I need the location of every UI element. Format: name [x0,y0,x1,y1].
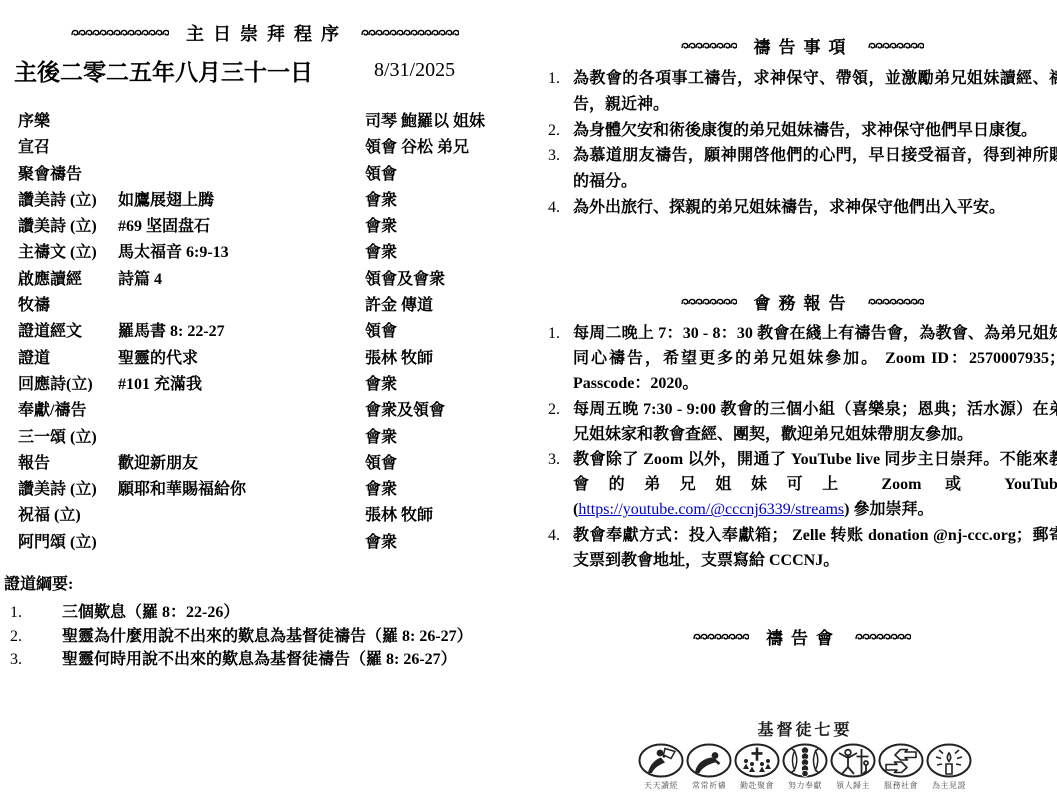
program-label: 祝福 (立) [18,503,118,529]
program-row: 奉獻/禱告會衆及領會 [0,398,540,424]
item-text-post: ) 參加崇拜。 [844,501,933,518]
item-number: 4. [548,195,573,221]
program-person: 許金 傳道 [365,293,540,319]
program-item-title [118,425,365,451]
program-label: 讚美詩 (立) [18,188,118,214]
item-number: 2. [548,397,573,447]
program-item-title [118,530,365,556]
scroll-ornament-icon [855,632,911,642]
outline-number: 2. [0,625,62,649]
program-person: 領會 [365,162,540,188]
program-label: 讚美詩 (立) [18,214,118,240]
outline-item: 3.聖靈何時用說不出來的歎息為基督徒禱告（羅 8: 26-27） [0,648,540,672]
program-row: 主禱文 (立)馬太福音 6:9-13會衆 [0,240,540,266]
sermon-outline-heading: 證道綱要: [4,571,73,594]
program-label: 聚會禱告 [18,162,118,188]
outline-item: 2.聖靈為什麼用說不出來的歎息為基督徒禱告（羅 8: 26-27） [0,625,540,649]
program-item-title [118,398,365,424]
logo-icons-row: 天天讀經 常常祈禱 [638,743,972,791]
prayer-item: 2.為身體欠安和術後康復的弟兄姐妹禱告，求神保守他們早日康復。 [548,118,1057,144]
program-label: 主禱文 (立) [18,240,118,266]
program-person: 張林 牧師 [365,346,540,372]
announcement-item: 4.教會奉獻方式：投入奉獻箱； Zelle 转账 donation @nj-cc… [548,523,1057,573]
item-number: 1. [548,66,573,118]
serve-society-icon: 服務社會 [878,743,924,791]
program-person: 領會 [365,451,540,477]
item-text: 為慕道朋友禱告，願神開啓他們的心門，早日接受福音，得到神所賜的福分。 [573,143,1057,195]
program-label: 宣召 [18,135,118,161]
outline-number: 1. [0,601,62,625]
program-row: 讚美詩 (立)願耶和華賜福給你會衆 [0,477,540,503]
program-item-title: #101 充滿我 [118,372,365,398]
program-person: 會衆 [365,214,540,240]
program-label: 讚美詩 (立) [18,477,118,503]
program-item-title: 願耶和華賜福給你 [118,477,365,503]
scroll-ornament-icon [693,632,749,642]
program-row: 阿門頌 (立)會衆 [0,530,540,556]
program-item-title: 詩篇 4 [118,267,365,293]
item-text: 每周五晚 7:30 - 9:00 教會的三個小組（喜樂泉；恩典；活水源）在弟兄姐… [573,397,1057,447]
program-row: 讚美詩 (立)如鷹展翅上腾會衆 [0,188,540,214]
scroll-ornament-icon [868,41,924,51]
announcement-item: 2.每周五晚 7:30 - 9:00 教會的三個小組（喜樂泉；恩典；活水源）在弟… [548,397,1057,447]
program-person: 領會 [365,319,540,345]
outline-text: 聖靈何時用說不出來的歎息為基督徒禱告（羅 8: 26-27） [62,648,457,672]
worship-program-table: 序樂司琴 鮑羅以 姐妹 宣召領會 谷松 弟兄 聚會禱告領會 讚美詩 (立)如鷹展… [0,109,540,556]
program-person: 司琴 鮑羅以 姐妹 [365,109,540,135]
program-item-title: 聖靈的代求 [118,346,365,372]
item-text: 每周二晚上 7：30 - 8：30 教會在綫上有禱告會，為教會、為弟兄姐妹同心禱… [573,321,1057,397]
icon-label: 領人歸主 [830,780,876,791]
logo-title: 基督徒七要 [638,717,972,740]
program-item-title: 羅馬書 8: 22-27 [118,319,365,345]
program-row: 讚美詩 (立)#69 坚固盘石會衆 [0,214,540,240]
program-item-title: #69 坚固盘石 [118,214,365,240]
item-number: 3. [548,447,573,523]
announcement-item: 3.教會除了 Zoom 以外，開通了 YouTube live 同步主日崇拜。不… [548,447,1057,523]
prayer-item: 4.為外出旅行、探親的弟兄姐妹禱告，求神保守他們出入平安。 [548,195,1057,221]
item-number: 1. [548,321,573,397]
program-row: 啟應讀經詩篇 4領會及會衆 [0,267,540,293]
program-item-title [118,503,365,529]
sermon-outline-list: 1.三個歎息（羅 8：22-26） 2.聖靈為什麼用說不出來的歎息為基督徒禱告（… [0,601,540,672]
prayer-items-header: 禱告事項 [537,33,1057,58]
program-item-title: 如鷹展翅上腾 [118,188,365,214]
program-item-title [118,293,365,319]
attend-meeting-icon: 勤赴聚會 [734,743,780,791]
section-title: 會務報告 [751,289,854,314]
program-label: 牧禱 [18,293,118,319]
page-title: 主日崇拜程序 [182,20,348,46]
program-label: 三一頌 (立) [18,425,118,451]
item-text: 教會除了 Zoom 以外，開通了 YouTube live 同步主日崇拜。不能來… [573,447,1057,523]
outline-text: 三個歎息（羅 8：22-26） [62,601,239,625]
program-row: 牧禱許金 傳道 [0,293,540,319]
program-label: 奉獻/禱告 [18,398,118,424]
program-row: 聚會禱告領會 [0,162,540,188]
date-chinese: 主後二零二五年八月三十一日 [14,54,313,87]
program-row: 報告歡迎新朋友領會 [0,451,540,477]
scroll-ornament-icon [681,297,737,307]
program-label: 報告 [18,451,118,477]
scroll-ornament-icon [868,297,924,307]
youtube-stream-link[interactable]: https://youtube.com/@cccnj6339/streams [578,501,844,518]
scroll-ornament-icon [361,28,459,38]
witness-icon: 為主見證 [926,743,972,791]
item-text: 為教會的各項事工禱告，求神保守、帶領，並激勵弟兄姐妹讀經、禱告，親近神。 [573,66,1057,118]
program-row: 證道聖靈的代求張林 牧師 [0,346,540,372]
date-numeric: 8/31/2025 [374,59,455,82]
item-number: 4. [548,523,573,573]
announcements-header: 會務報告 [537,289,1057,314]
prayer-meeting-header: 禱告會 [537,624,1057,649]
icon-label: 常常祈禱 [686,780,732,791]
program-row: 祝福 (立)張林 牧師 [0,503,540,529]
program-person: 領會 谷松 弟兄 [365,135,540,161]
item-text: 為身體欠安和術後康復的弟兄姐妹禱告，求神保守他們早日康復。 [573,118,1057,144]
item-text: 為外出旅行、探親的弟兄姐妹禱告，求神保守他們出入平安。 [573,195,1057,221]
program-label: 啟應讀經 [18,267,118,293]
program-person: 會衆 [365,372,540,398]
section-title: 禱告會 [763,624,841,649]
program-person: 張林 牧師 [365,503,540,529]
program-person: 會衆 [365,477,540,503]
item-number: 3. [548,143,573,195]
program-item-title: 歡迎新朋友 [118,451,365,477]
prayer-items-list: 1.為教會的各項事工禱告，求神保守、帶領，並激勵弟兄姐妹讀經、禱告，親近神。 2… [548,66,1057,221]
program-person: 領會及會衆 [365,267,540,293]
scroll-ornament-icon [681,41,737,51]
icon-label: 勤赴聚會 [734,780,780,791]
program-item-title [118,162,365,188]
announcement-item: 1.每周二晚上 7：30 - 8：30 教會在綫上有禱告會，為教會、為弟兄姐妹同… [548,321,1057,397]
prayer-item: 1.為教會的各項事工禱告，求神保守、帶領，並激勵弟兄姐妹讀經、禱告，親近神。 [548,66,1057,118]
prayer-item: 3.為慕道朋友禱告，願神開啓他們的心門，早日接受福音，得到神所賜的福分。 [548,143,1057,195]
program-label: 阿門頌 (立) [18,530,118,556]
outline-number: 3. [0,648,62,672]
program-person: 會衆 [365,530,540,556]
program-item-title [118,135,365,161]
program-item-title: 馬太福音 6:9-13 [118,240,365,266]
program-item-title [118,109,365,135]
announcements-list: 1.每周二晚上 7：30 - 8：30 教會在綫上有禱告會，為教會、為弟兄姐妹同… [548,321,1057,573]
program-row: 回應詩(立)#101 充滿我會衆 [0,372,540,398]
section-title: 禱告事項 [751,33,854,58]
program-person: 會衆及領會 [365,398,540,424]
offering-icon: 努力奉獻 [782,743,828,791]
program-row: 證道經文羅馬書 8: 22-27領會 [0,319,540,345]
program-label: 序樂 [18,109,118,135]
icon-label: 天天讀經 [638,780,684,791]
program-person: 會衆 [365,425,540,451]
bulletin-page: 主日崇拜程序 主後二零二五年八月三十一日 8/31/2025 序樂司琴 鮑羅以 … [0,0,1057,792]
read-bible-icon: 天天讀經 [638,743,684,791]
icon-label: 為主見證 [926,780,972,791]
program-person: 會衆 [365,188,540,214]
program-label: 證道 [18,346,118,372]
pray-icon: 常常祈禱 [686,743,732,791]
item-number: 2. [548,118,573,144]
lead-to-lord-icon: 領人歸主 [830,743,876,791]
program-label: 回應詩(立) [18,372,118,398]
program-label: 證道經文 [18,319,118,345]
program-row: 宣召領會 谷松 弟兄 [0,135,540,161]
program-person: 會衆 [365,240,540,266]
item-text: 教會奉獻方式：投入奉獻箱； Zelle 转账 donation @nj-ccc.… [573,523,1057,573]
scroll-ornament-icon [71,28,169,38]
icon-label: 服務社會 [878,780,924,791]
icon-label: 努力奉獻 [782,780,828,791]
main-title-row: 主日崇拜程序 [0,20,530,46]
outline-text: 聖靈為什麼用說不出來的歎息為基督徒禱告（羅 8: 26-27） [62,625,473,649]
program-row: 序樂司琴 鮑羅以 姐妹 [0,109,540,135]
christian-seven-essentials-logo: 基督徒七要 天天讀經 常常祈禱 [638,717,972,791]
outline-item: 1.三個歎息（羅 8：22-26） [0,601,540,625]
program-row: 三一頌 (立)會衆 [0,425,540,451]
